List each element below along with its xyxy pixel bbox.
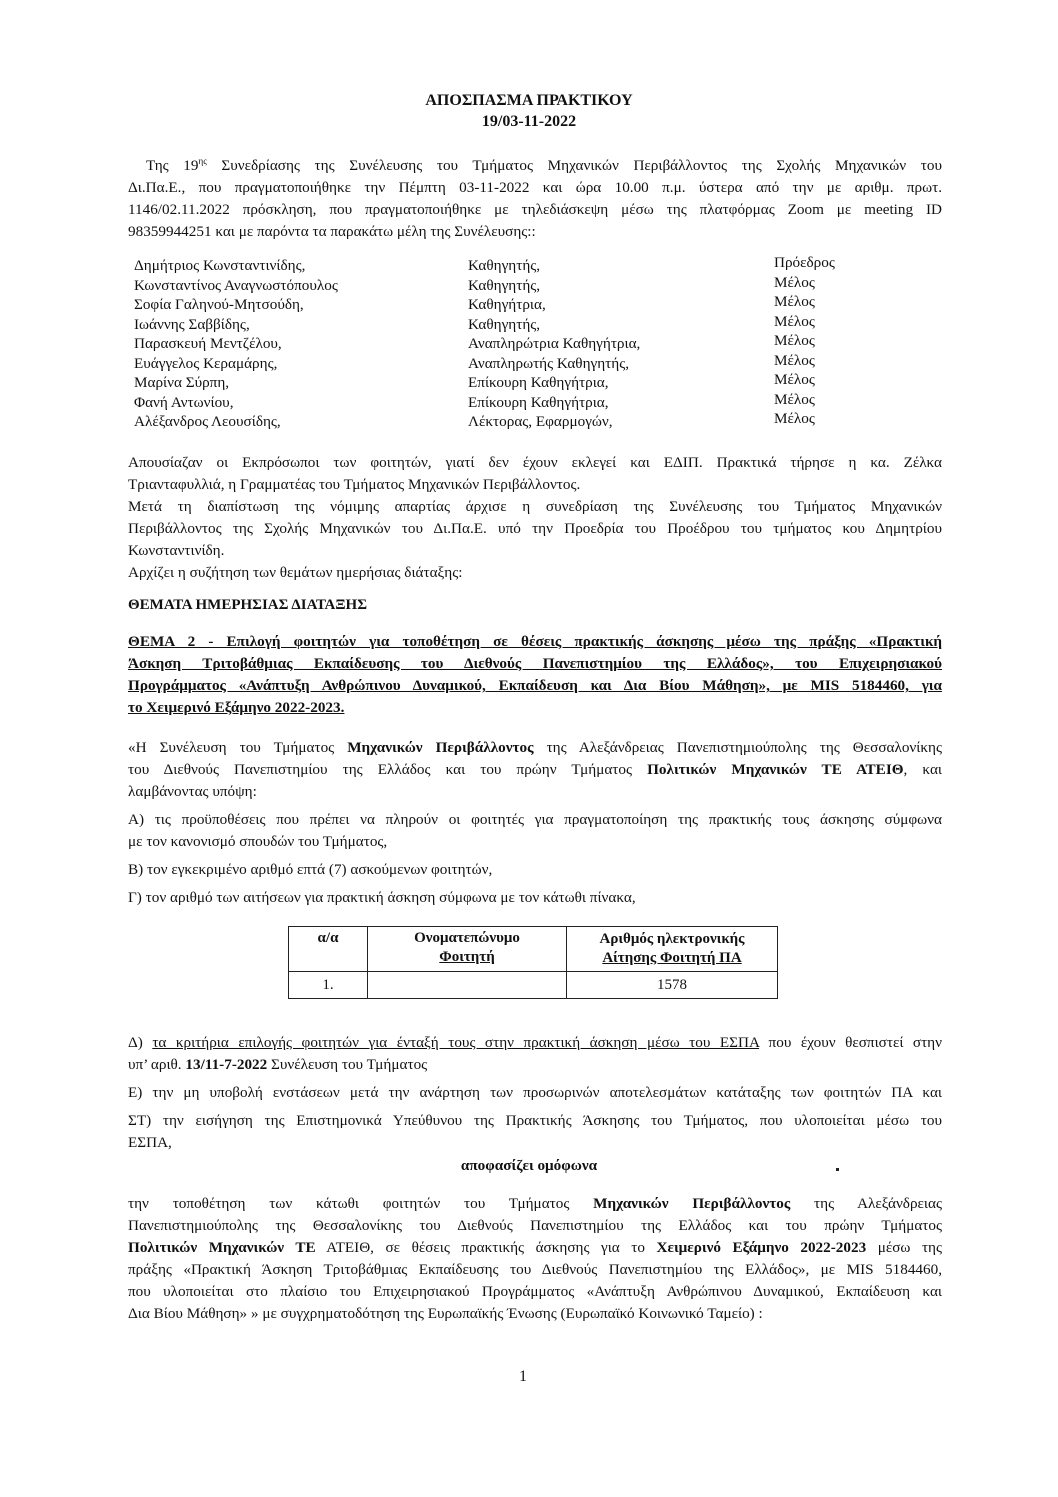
absence-line: Τριανταφυλλιά, η Γραμματέας του Τμήματος… [128,474,942,496]
topic-line: ΘΕΜΑ 2 - Επιλογή φοιτητών για τοποθέτηση… [128,631,942,653]
intro-line: 98359944251 και με παρόντα τα παρακάτω μ… [128,221,942,243]
topic-line: Προγράμματος «Ανάπτυξη Ανθρώπινου Δυναμι… [128,675,942,697]
member-name: Κωνσταντίνος Αναγνωστόπουλος [134,276,338,296]
member-name: Αλέξανδρος Λεουσίδης, [134,412,281,432]
member-role: Μέλος [774,390,815,410]
stray-mark [836,1168,839,1171]
member-name: Σοφία Γαληνού-Μητσούδη, [134,295,304,315]
member-rank: Επίκουρη Καθηγήτρια, [468,373,609,393]
item-b: Β) τον εγκεκριμένο αριθμό επτά (7) ασκού… [128,859,942,881]
table-header-row: α/α ΟνοματεπώνυμοΦοιτητή Αριθμός ηλεκτρο… [289,927,778,972]
document-subtitle: 19/03-11-2022 [0,113,1058,131]
member-row: Μαρίνα Σύρπη,Επίκουρη Καθηγήτρια,Μέλος [134,373,854,393]
item-e: Ε) την μη υποβολή ενστάσεων μετά την ανά… [128,1082,942,1104]
member-row: Σοφία Γαληνού-Μητσούδη,Καθηγήτρια,Μέλος [134,295,854,315]
member-role: Μέλος [774,312,815,332]
item-d-cont: υπ’ αριθ. 13/11-7-2022 Συνέλευση του Τμή… [128,1054,942,1076]
table-row: 1. 1578 [289,972,778,999]
member-name: Μαρίνα Σύρπη, [134,373,229,393]
absence-line: Περιβάλλοντος της Σχολής Μηχανικών του Δ… [128,518,942,540]
member-row: Δημήτριος Κωνσταντινίδης,Καθηγητής,Πρόεδ… [134,256,854,276]
member-rank: Καθηγητής, [468,315,540,335]
member-name: Δημήτριος Κωνσταντινίδης, [134,256,305,276]
resolution-line: λαμβάνοντας υπόψη: [128,781,942,803]
document-title: ΑΠΟΣΠΑΣΜΑ ΠΡΑΚΤΙΚΟΥ [0,92,1058,110]
decision-line: Δια Βίου Μάθηση» » με συγχρηματοδότηση τ… [128,1303,942,1325]
decision-heading: αποφασίζει ομόφωνα [0,1157,1058,1175]
member-rank: Επίκουρη Καθηγήτρια, [468,393,609,413]
item-a: Α) τις προϋποθέσεις που πρέπει να πληρού… [128,809,942,831]
page-number: 1 [519,1368,527,1386]
resolution-line: του Διεθνούς Πανεπιστημίου της Ελλάδος κ… [128,759,942,781]
member-role: Μέλος [774,292,815,312]
members-list: Δημήτριος Κωνσταντινίδης,Καθηγητής,Πρόεδ… [134,256,854,432]
member-role: Πρόεδρος [774,253,835,273]
decision-line: πράξης «Πρακτική Άσκηση Τριτοβάθμιας Εκπ… [128,1259,942,1281]
decision-line: Πολιτικών Μηχανικών ΤΕ ΑΤΕΙΘ, σε θέσεις … [128,1237,942,1259]
cell-name [368,972,567,999]
member-rank: Λέκτορας, Εφαρμογών, [468,412,613,432]
intro-line: 1146/02.11.2022 πρόσκληση, που πραγματοπ… [128,199,942,221]
member-row: Κωνσταντίνος ΑναγνωστόπουλοςΚαθηγητής,Μέ… [134,276,854,296]
member-row: Ιωάννης Σαββίδης,Καθηγητής,Μέλος [134,315,854,335]
member-rank: Καθηγητής, [468,276,540,296]
col-aa: α/α [289,927,368,972]
member-rank: Καθηγητής, [468,256,540,276]
member-rank: Αναπληρώτρια Καθηγήτρια, [468,334,640,354]
member-row: Αλέξανδρος Λεουσίδης,Λέκτορας, Εφαρμογών… [134,412,854,432]
topic-line: το Χειμερινό Εξάμηνο 2022-2023. [128,697,942,719]
item-a-cont: με τον κανονισμό σπουδών του Τμήματος, [128,831,942,853]
member-name: Ευάγγελος Κεραμάρης, [134,354,277,374]
cell-application: 1578 [567,972,778,999]
intro-line: Δι.Πα.Ε., που πραγματοποιήθηκε την Πέμπτ… [128,177,942,199]
decision-line: την τοποθέτηση των κάτωθι φοιτητών του Τ… [128,1193,942,1215]
member-name: Φανή Αντωνίου, [134,393,234,413]
member-name: Παρασκευή Μεντζέλου, [134,334,282,354]
topic-line: Άσκηση Τριτοβάθμιας Εκπαίδευσης του Διεθ… [128,653,942,675]
intro-paragraph: Της 19ης Συνεδρίασης της Συνέλευσης του … [128,150,942,243]
topic-heading: ΘΕΜΑ 2 - Επιλογή φοιτητών για τοποθέτηση… [128,631,942,719]
item-c: Γ) τον αριθμό των αιτήσεων για πρακτική … [128,887,942,909]
absence-line: Αρχίζει η συζήτηση των θεμάτων ημερήσιας… [128,562,942,584]
intro-line: Της 19ης Συνεδρίασης της Συνέλευσης του … [128,150,942,177]
document-page: ΑΠΟΣΠΑΣΜΑ ΠΡΑΚΤΙΚΟΥ 19/03-11-2022 Της 19… [0,0,1058,1497]
agenda-heading: ΘΕΜΑΤΑ ΗΜΕΡΗΣΙΑΣ ΔΙΑΤΑΞΗΣ [128,597,367,614]
considerations-paragraph: Δ) τα κριτήρια επιλογής φοιτητών για έντ… [128,1032,942,1154]
applications-table: α/α ΟνοματεπώνυμοΦοιτητή Αριθμός ηλεκτρο… [288,926,778,999]
resolution-line: «Η Συνέλευση του Τμήματος Μηχανικών Περι… [128,737,942,759]
col-application: Αριθμός ηλεκτρονικήςΑίτησης Φοιτητή ΠΑ [567,927,778,972]
member-name: Ιωάννης Σαββίδης, [134,315,250,335]
item-st-cont: ΕΣΠΑ, [128,1132,942,1154]
item-st: ΣΤ) την εισήγηση της Επιστημονικά Υπεύθυ… [128,1110,942,1132]
member-role: Μέλος [774,351,815,371]
member-role: Μέλος [774,273,815,293]
decision-line: Πανεπιστημιούπολης της Θεσσαλονίκης του … [128,1215,942,1237]
member-row: Ευάγγελος Κεραμάρης,Αναπληρωτής Καθηγητή… [134,354,854,374]
resolution-paragraph: «Η Συνέλευση του Τμήματος Μηχανικών Περι… [128,737,942,909]
cell-aa: 1. [289,972,368,999]
absence-line: Απουσίαζαν οι Εκπρόσωποι των φοιτητών, γ… [128,452,942,474]
absence-line: Μετά τη διαπίστωση της νόμιμης απαρτίας … [128,496,942,518]
member-row: Φανή Αντωνίου,Επίκουρη Καθηγήτρια,Μέλος [134,393,854,413]
absence-paragraph: Απουσίαζαν οι Εκπρόσωποι των φοιτητών, γ… [128,452,942,584]
member-role: Μέλος [774,370,815,390]
member-row: Παρασκευή Μεντζέλου,Αναπληρώτρια Καθηγήτ… [134,334,854,354]
decision-line: που υλοποιείται στο πλαίσιο του Επιχειρη… [128,1281,942,1303]
decision-paragraph: την τοποθέτηση των κάτωθι φοιτητών του Τ… [128,1193,942,1325]
member-role: Μέλος [774,409,815,429]
col-name: ΟνοματεπώνυμοΦοιτητή [368,927,567,972]
member-rank: Αναπληρωτής Καθηγητής, [468,354,629,374]
member-rank: Καθηγήτρια, [468,295,546,315]
item-d: Δ) τα κριτήρια επιλογής φοιτητών για έντ… [128,1032,942,1054]
member-role: Μέλος [774,331,815,351]
absence-line: Κωνσταντινίδη. [128,540,942,562]
